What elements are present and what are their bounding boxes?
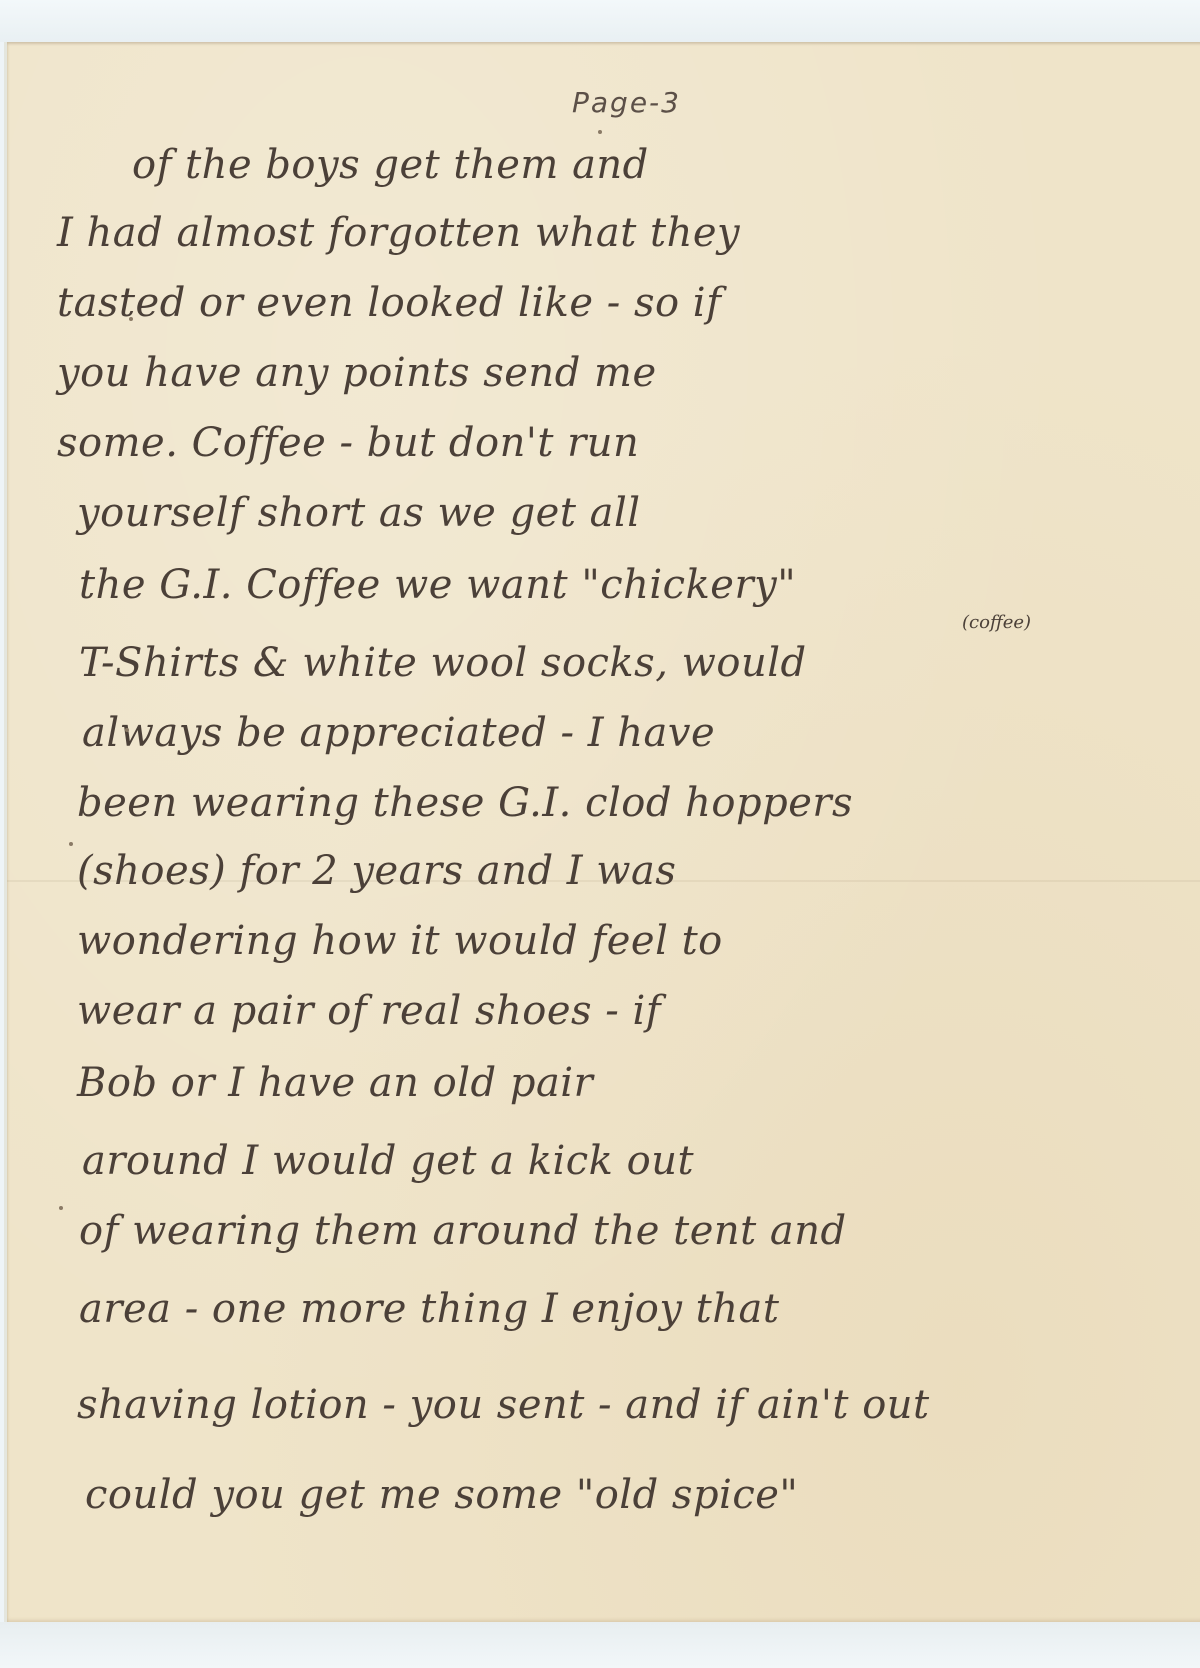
page-number-label: Page-3	[572, 86, 681, 119]
letter-line-3: tasted or even looked like - so if	[57, 280, 721, 326]
letter-line-18: shaving lotion - you sent - and if ain't…	[77, 1382, 930, 1428]
letter-line-9: always be appreciated - I have	[82, 710, 715, 756]
ink-dot	[59, 1206, 63, 1210]
letter-line-15: around I would get a kick out	[82, 1138, 694, 1184]
letter-line-16: of wearing them around the tent and	[79, 1208, 847, 1254]
letter-line-11: (shoes) for 2 years and I was	[77, 848, 676, 894]
letter-line-5: some. Coffee - but don't run	[57, 420, 639, 466]
scanner-background-bottom	[0, 1622, 1200, 1668]
letter-line-6: yourself short as we get all	[77, 490, 641, 536]
letter-line-1: of the boys get them and	[132, 142, 649, 188]
annotation-coffee: (coffee)	[962, 612, 1031, 633]
letter-line-7: the G.I. Coffee we want "chickery"	[79, 562, 796, 608]
ink-dot	[125, 728, 129, 732]
ink-dot	[129, 317, 133, 321]
ink-dot	[598, 130, 602, 134]
letter-line-13: wear a pair of real shoes - if	[77, 988, 661, 1034]
letter-line-10: been wearing these G.I. clod hoppers	[77, 780, 853, 826]
letter-line-12: wondering how it would feel to	[77, 918, 723, 964]
letter-line-2: I had almost forgotten what they	[57, 210, 740, 256]
letter-line-4: you have any points send me	[57, 350, 657, 396]
letter-line-8: T-Shirts & white wool socks, would	[79, 640, 807, 686]
scanner-background-top	[0, 0, 1200, 42]
letter-line-19: could you get me some "old spice"	[85, 1472, 798, 1518]
letter-line-14: Bob or I have an old pair	[77, 1060, 593, 1106]
letter-line-17: area - one more thing I enjoy that	[79, 1286, 779, 1332]
letter-page: Page-3 of the boys get them and I had al…	[4, 42, 1200, 1622]
ink-dot	[69, 842, 73, 846]
